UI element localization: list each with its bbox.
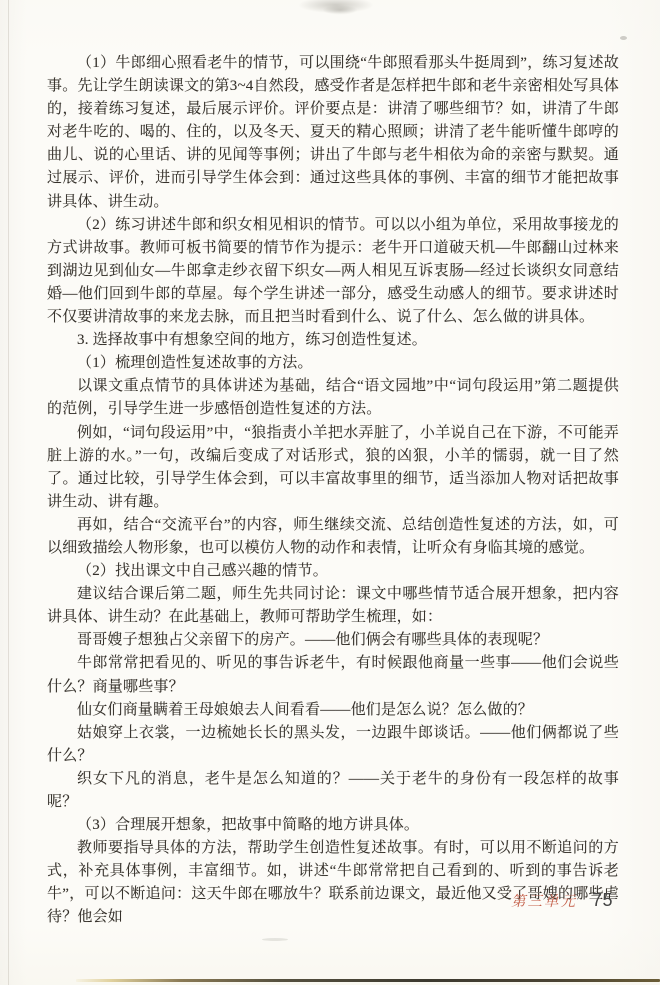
unit-label: 第三单元 <box>511 890 577 911</box>
body-text-block: （1）牛郎细心照看老牛的情节，可以围绕“牛郎照看那头牛挺周到”，练习复述故事。先… <box>47 52 619 930</box>
body-paragraph: 哥哥嫂子想独占父亲留下的房产。——他们俩会有哪些具体的表现呢？ <box>47 629 619 652</box>
scan-smudge <box>286 0 386 16</box>
scan-edge-left <box>8 0 9 985</box>
body-paragraph: 仙女们商量瞒着王母娘娘去人间看看——他们是怎么说？怎么做的？ <box>47 699 619 722</box>
body-paragraph: 牛郎常常把看见的、听见的事告诉老牛，有时候跟他商量一些事——他们会说些什么？商量… <box>47 652 619 698</box>
body-paragraph: （1）牛郎细心照看老牛的情节，可以围绕“牛郎照看那头牛挺周到”，练习复述故事。先… <box>47 52 619 214</box>
scan-smudge <box>318 4 362 16</box>
body-paragraph: （2）练习讲述牛郎和织女相见相识的情节。可以以小组为单位，采用故事接龙的方式讲故… <box>47 214 619 329</box>
scan-speck <box>620 36 627 40</box>
body-paragraph: 再如，结合“交流平台”的内容，师生继续交流、总结创造性复述的方法，如，可以细致描… <box>47 514 619 560</box>
scanned-textbook-page: （1）牛郎细心照看老牛的情节，可以围绕“牛郎照看那头牛挺周到”，练习复述故事。先… <box>0 0 660 985</box>
page-footer: 第三单元 75 <box>511 890 613 911</box>
body-paragraph: （1）梳理创造性复述故事的方法。 <box>47 352 619 375</box>
body-paragraph: 教师要指导具体的方法，帮助学生创造性复述故事。有时，可以用不断追问的方式，补充具… <box>47 837 619 929</box>
page-number: 75 <box>592 890 613 911</box>
scan-speck <box>262 938 288 941</box>
body-paragraph: 建议结合课后第二题，师生先共同讨论：课文中哪些情节适合展开想象，把内容讲具体、讲… <box>47 583 619 629</box>
body-paragraph: 以课文重点情节的具体讲述为基础，结合“语文园地”中“词句段运用”第二题提供的范例… <box>47 375 619 421</box>
body-paragraph: 3. 选择故事中有想象空间的地方，练习创造性复述。 <box>47 329 619 352</box>
body-paragraph: （3）合理展开想象，把故事中简略的地方讲具体。 <box>47 814 619 837</box>
scan-edge-bottom <box>76 979 660 982</box>
body-paragraph: 姑娘穿上衣裳，一边梳她长长的黑头发，一边跟牛郎谈话。——他们俩都说了些什么？ <box>47 722 619 768</box>
body-paragraph: （2）找出课文中自己感兴趣的情节。 <box>47 560 619 583</box>
body-paragraph: 例如，“词句段运用”中，“狼指责小羊把水弄脏了，小羊说自己在下游，不可能弄脏上游… <box>47 422 619 514</box>
body-paragraph: 织女下凡的消息，老牛是怎么知道的？——关于老牛的身份有一段怎样的故事呢？ <box>47 768 619 814</box>
